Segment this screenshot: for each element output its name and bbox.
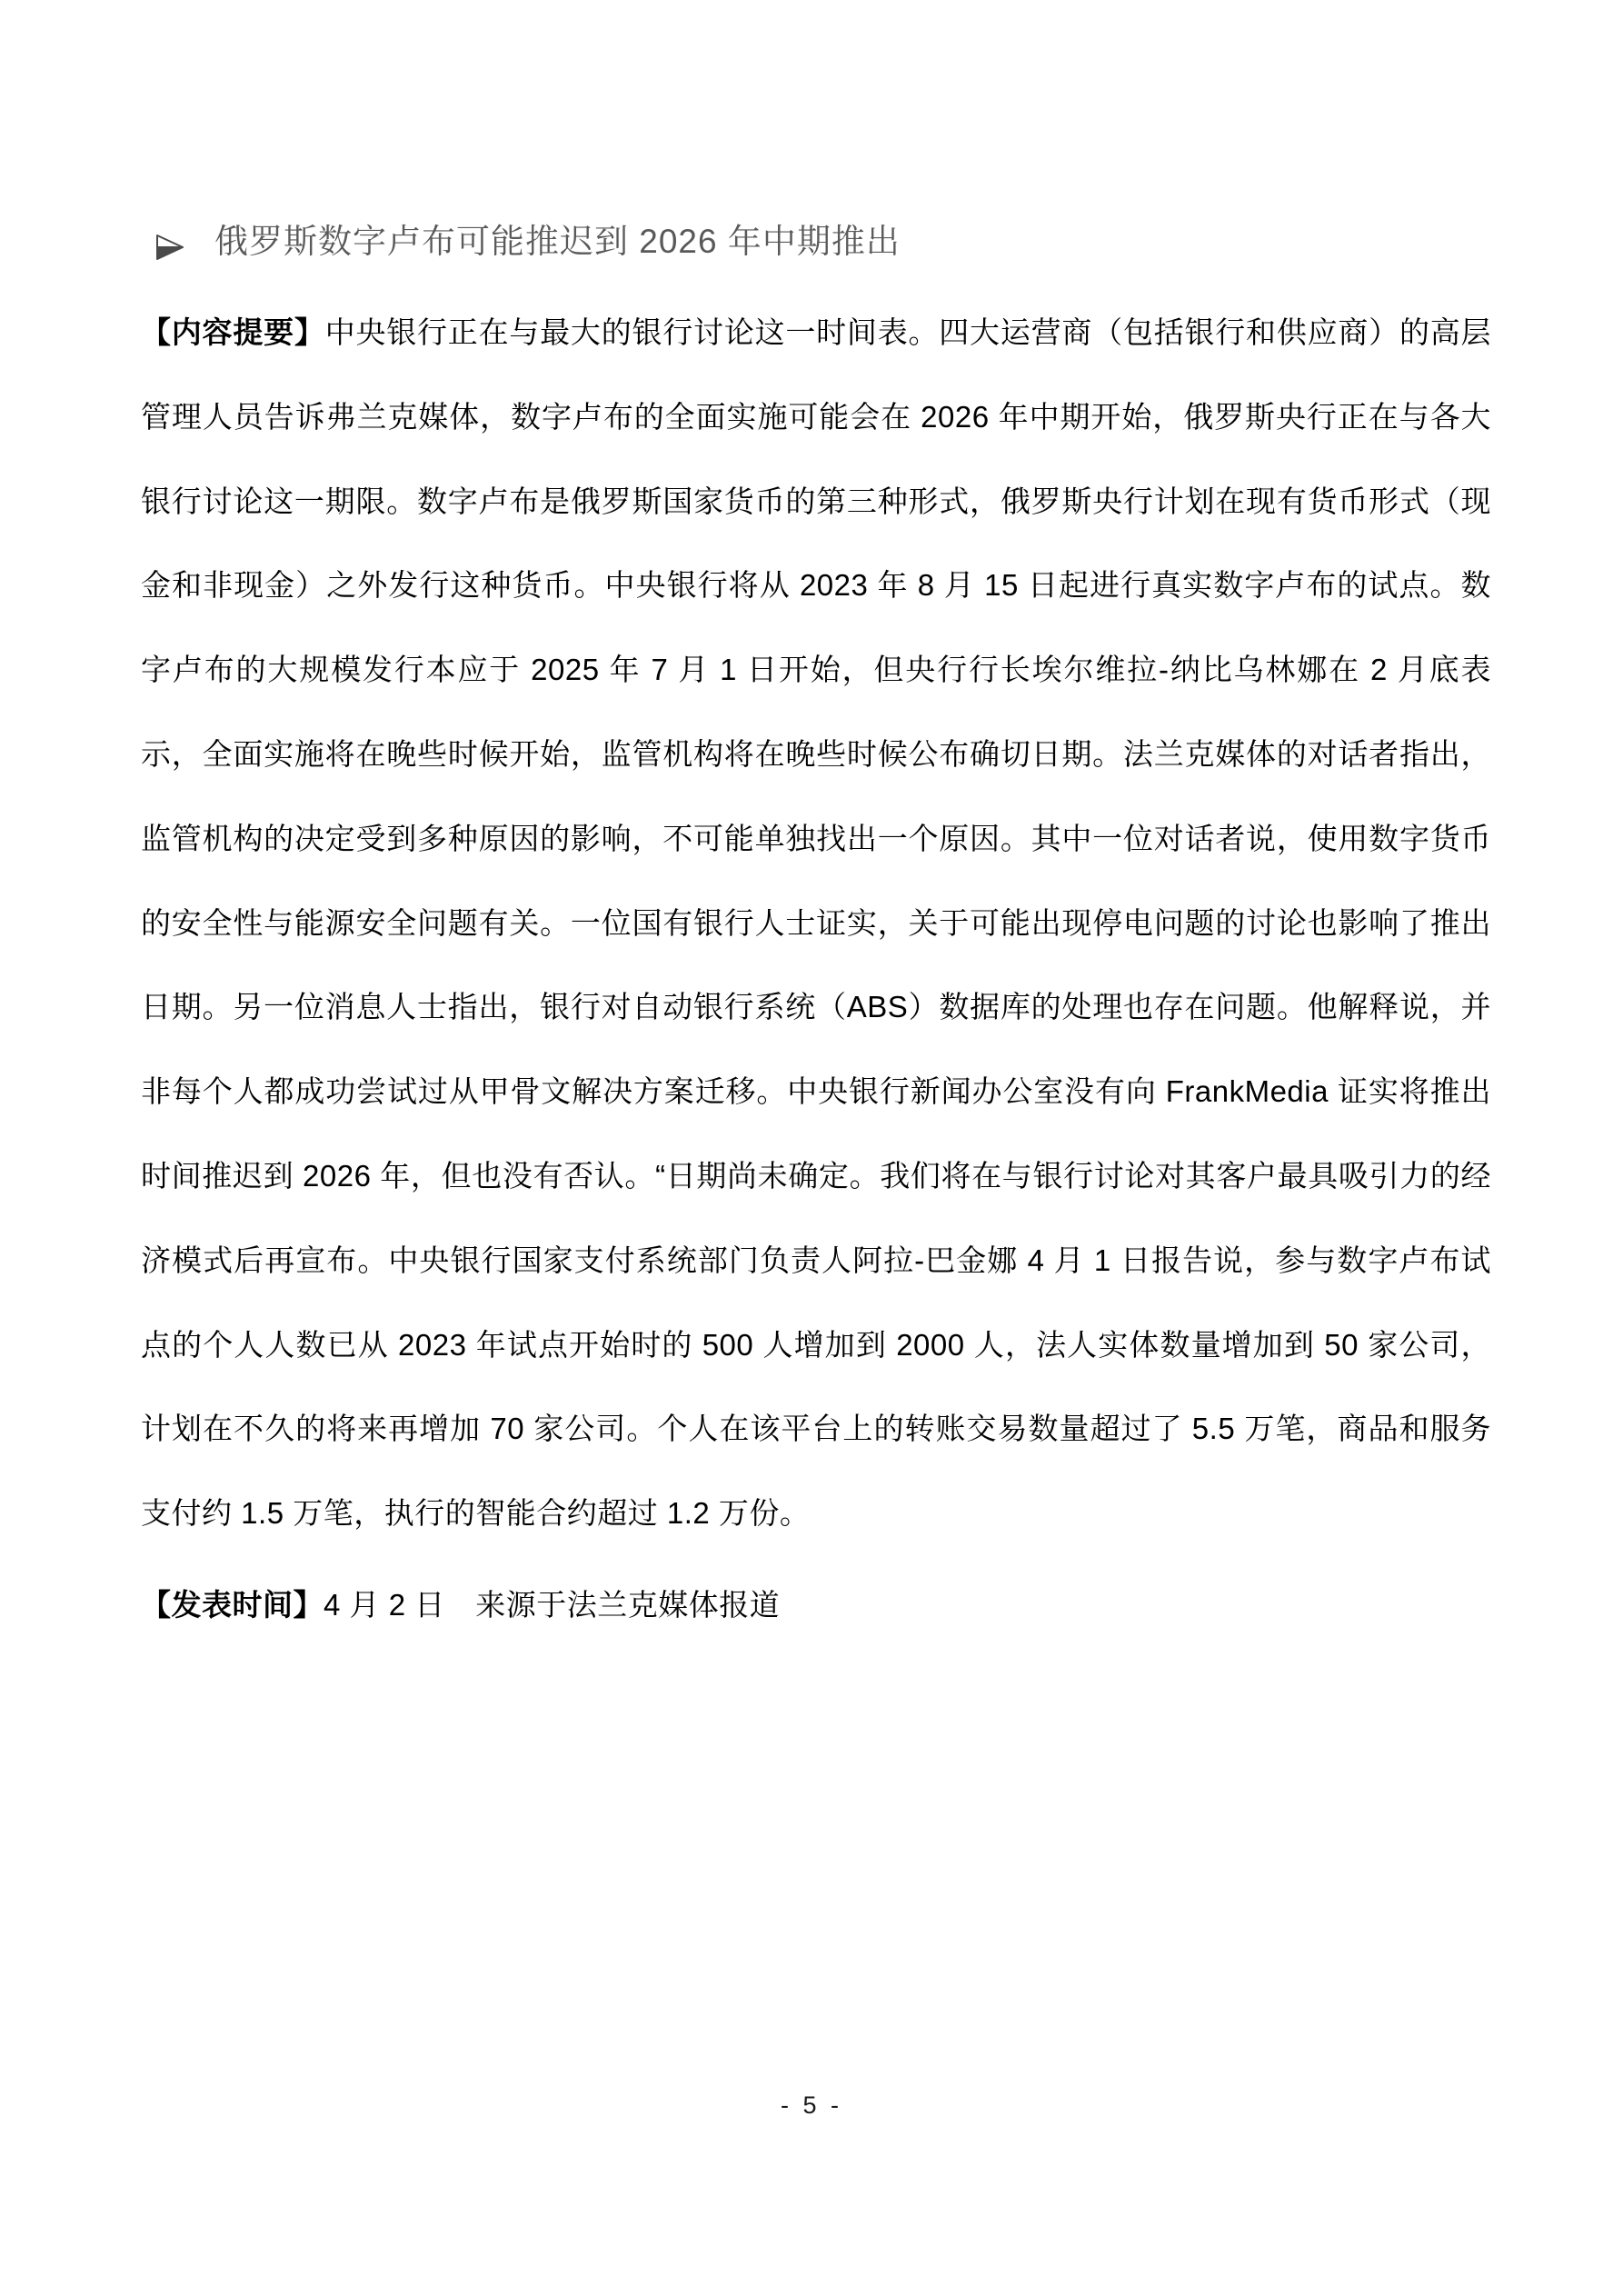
publish-date-paragraph: 【发表时间】4 月 2 日 来源于法兰克媒体报道 [141,1563,1491,1648]
right-arrowhead-bullet-icon [154,226,185,257]
page-footer: - 5 - [0,2087,1623,2123]
page-number: - 5 - [781,2091,842,2119]
section-heading-title: 俄罗斯数字卢布可能推迟到 2026 年中期推出 [214,216,901,267]
section-heading: 俄罗斯数字卢布可能推迟到 2026 年中期推出 [154,216,901,267]
summary-paragraph: 【内容提要】中央银行正在与最大的银行讨论这一时间表。四大运营商（包括银行和供应商… [141,291,1491,1556]
article-body: 【内容提要】中央银行正在与最大的银行讨论这一时间表。四大运营商（包括银行和供应商… [141,291,1491,1648]
publish-date-label: 【发表时间】 [141,1588,324,1622]
summary-text: 中央银行正在与最大的银行讨论这一时间表。四大运营商（包括银行和供应商）的高层管理… [141,315,1491,1530]
summary-label: 【内容提要】 [141,315,325,349]
publish-date-text: 4 月 2 日 来源于法兰克媒体报道 [324,1588,780,1622]
document-page: 俄罗斯数字卢布可能推迟到 2026 年中期推出 【内容提要】中央银行正在与最大的… [0,0,1623,2296]
